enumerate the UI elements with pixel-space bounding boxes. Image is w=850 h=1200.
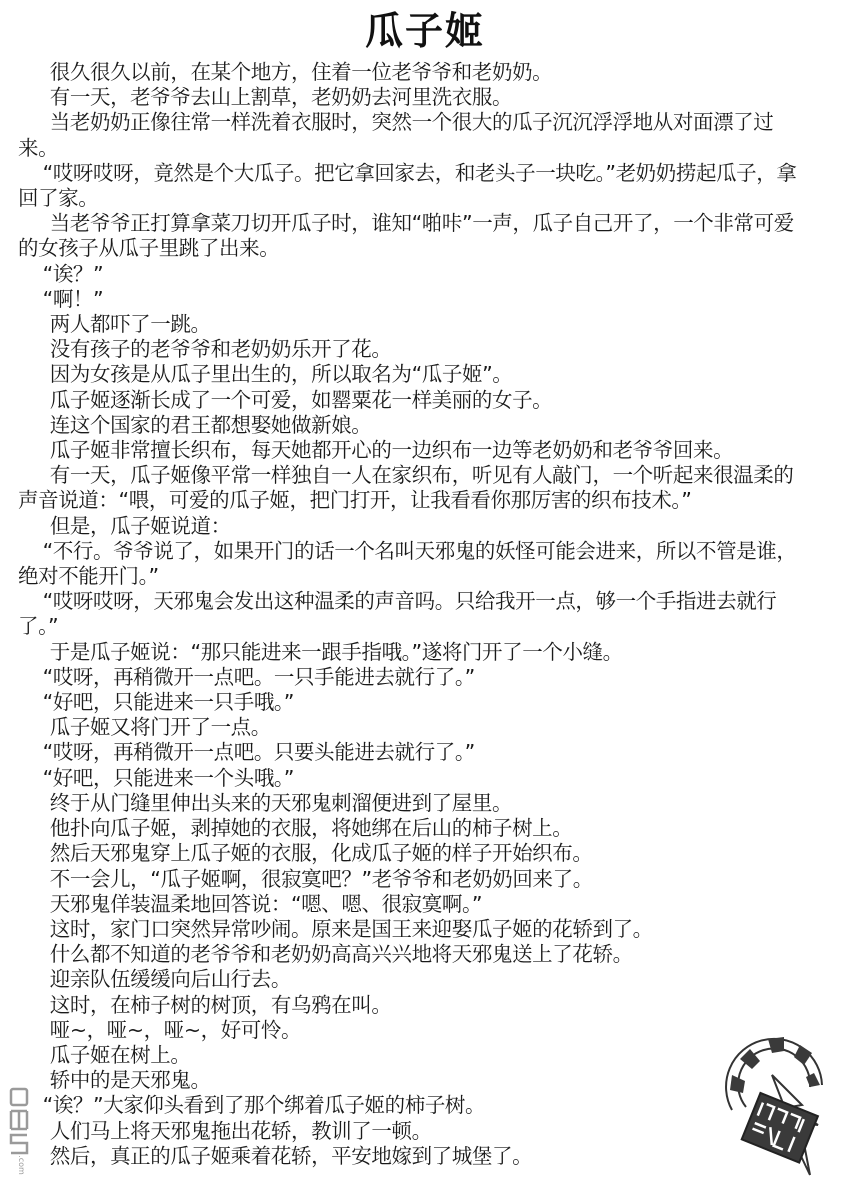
story-body: 很久很久以前，在某个地方，住着一位老爷爷和老奶奶。有一天，老爷爷去山上割草，老奶… (18, 60, 813, 1169)
story-paragraph: 瓜子姬又将门开了一点。 (18, 715, 813, 740)
story-paragraph: “诶？”大家仰头看到了那个绑着瓜子姬的柿子树。 (18, 1093, 813, 1118)
page-title: 瓜子姬 (0, 6, 850, 56)
story-paragraph: “好吧，只能进来一只手哦。” (18, 690, 813, 715)
story-paragraph: 没有孩子的老爷爷和老奶奶乐开了花。 (18, 337, 813, 362)
svg-text:.com: .com (17, 1155, 26, 1175)
story-paragraph: “诶？” (18, 262, 813, 287)
story-paragraph: 当老爷爷正打算拿菜刀切开瓜子时，谁知“啪咔”一声，瓜子自己开了，一个非常可爱的女… (18, 211, 813, 261)
story-paragraph: 然后，真正的瓜子姬乘着花轿，平安地嫁到了城堡了。 (18, 1144, 813, 1169)
story-paragraph: “哎呀，再稍微开一点吧。只要头能进去就行了。” (18, 740, 813, 765)
story-paragraph: 这时，在柿子树的树顶，有乌鸦在叫。 (18, 993, 813, 1018)
story-paragraph: 瓜子姬非常擅长织布，每天她都开心的一边织布一边等老奶奶和老爷爷回来。 (18, 438, 813, 463)
story-paragraph: 瓜子姬逐渐长成了一个可爱，如罂粟花一样美丽的女子。 (18, 388, 813, 413)
story-paragraph: 有一天，瓜子姬像平常一样独自一人在家织布，听见有人敲门，一个听起来很温柔的声音说… (18, 463, 813, 513)
story-paragraph: 然后天邪鬼穿上瓜子姬的衣服，化成瓜子姬的样子开始织布。 (18, 841, 813, 866)
story-paragraph: 很久很久以前，在某个地方，住着一位老爷爷和老奶奶。 (18, 60, 813, 85)
story-paragraph: 天邪鬼佯装温柔地回答说：“嗯、嗯、很寂寞啊。” (18, 892, 813, 917)
story-paragraph: “啊！” (18, 287, 813, 312)
story-paragraph: 哑~，哑~，哑~，好可怜。 (18, 1018, 813, 1043)
story-paragraph: 但是，瓜子姬说道： (18, 514, 813, 539)
story-paragraph: 这时，家门口突然异常吵闹。原来是国王来迎娶瓜子姬的花轿到了。 (18, 917, 813, 942)
story-paragraph: 不一会儿，“瓜子姬啊，很寂寞吧？”老爷爷和老奶奶回来了。 (18, 867, 813, 892)
story-paragraph: 因为女孩是从瓜子里出生的，所以取名为“瓜子姬”。 (18, 362, 813, 387)
story-paragraph: 终于从门缝里伸出头来的天邪鬼刺溜便进到了屋里。 (18, 791, 813, 816)
story-paragraph: 他扑向瓜子姬，剥掉她的衣服，将她绑在后山的柿子树上。 (18, 816, 813, 841)
story-paragraph: “哎呀哎呀，天邪鬼会发出这种温柔的声音吗。只给我开一点，够一个手指进去就行了。” (18, 589, 813, 639)
story-paragraph: 轿中的是天邪鬼。 (18, 1068, 813, 1093)
story-paragraph: “哎呀，再稍微开一点吧。一只手能进去就行了。” (18, 665, 813, 690)
story-paragraph: 连这个国家的君王都想娶她做新娘。 (18, 413, 813, 438)
story-paragraph: 迎亲队伍缓缓向后山行去。 (18, 967, 813, 992)
story-paragraph: 有一天，老爷爷去山上割草，老奶奶去河里洗衣服。 (18, 85, 813, 110)
story-paragraph: 人们马上将天邪鬼拖出花轿，教训了一顿。 (18, 1119, 813, 1144)
story-paragraph: 当老奶奶正像往常一样洗着衣服时，突然一个很大的瓜子沉沉浮浮地从对面漂了过来。 (18, 110, 813, 160)
story-paragraph: 两人都吓了一跳。 (18, 312, 813, 337)
story-paragraph: “好吧，只能进来一个头哦。” (18, 766, 813, 791)
story-paragraph: 什么都不知道的老爷爷和老奶奶高高兴兴地将天邪鬼送上了花轿。 (18, 942, 813, 967)
story-paragraph: “不行。爷爷说了，如果开门的话一个名叫天邪鬼的妖怪可能会进来，所以不管是谁，绝对… (18, 539, 813, 589)
dm5-logo-icon: .com (6, 1085, 32, 1190)
story-paragraph: 于是瓜子姬说：“那只能进来一跟手指哦。”遂将门开了一个小缝。 (18, 640, 813, 665)
story-paragraph: “哎呀哎呀，竟然是个大瓜子。把它拿回家去，和老头子一块吃。”老奶奶捞起瓜子，拿回… (18, 161, 813, 211)
story-paragraph: 瓜子姬在树上。 (18, 1043, 813, 1068)
scanlation-group-logo-icon (710, 1015, 840, 1185)
